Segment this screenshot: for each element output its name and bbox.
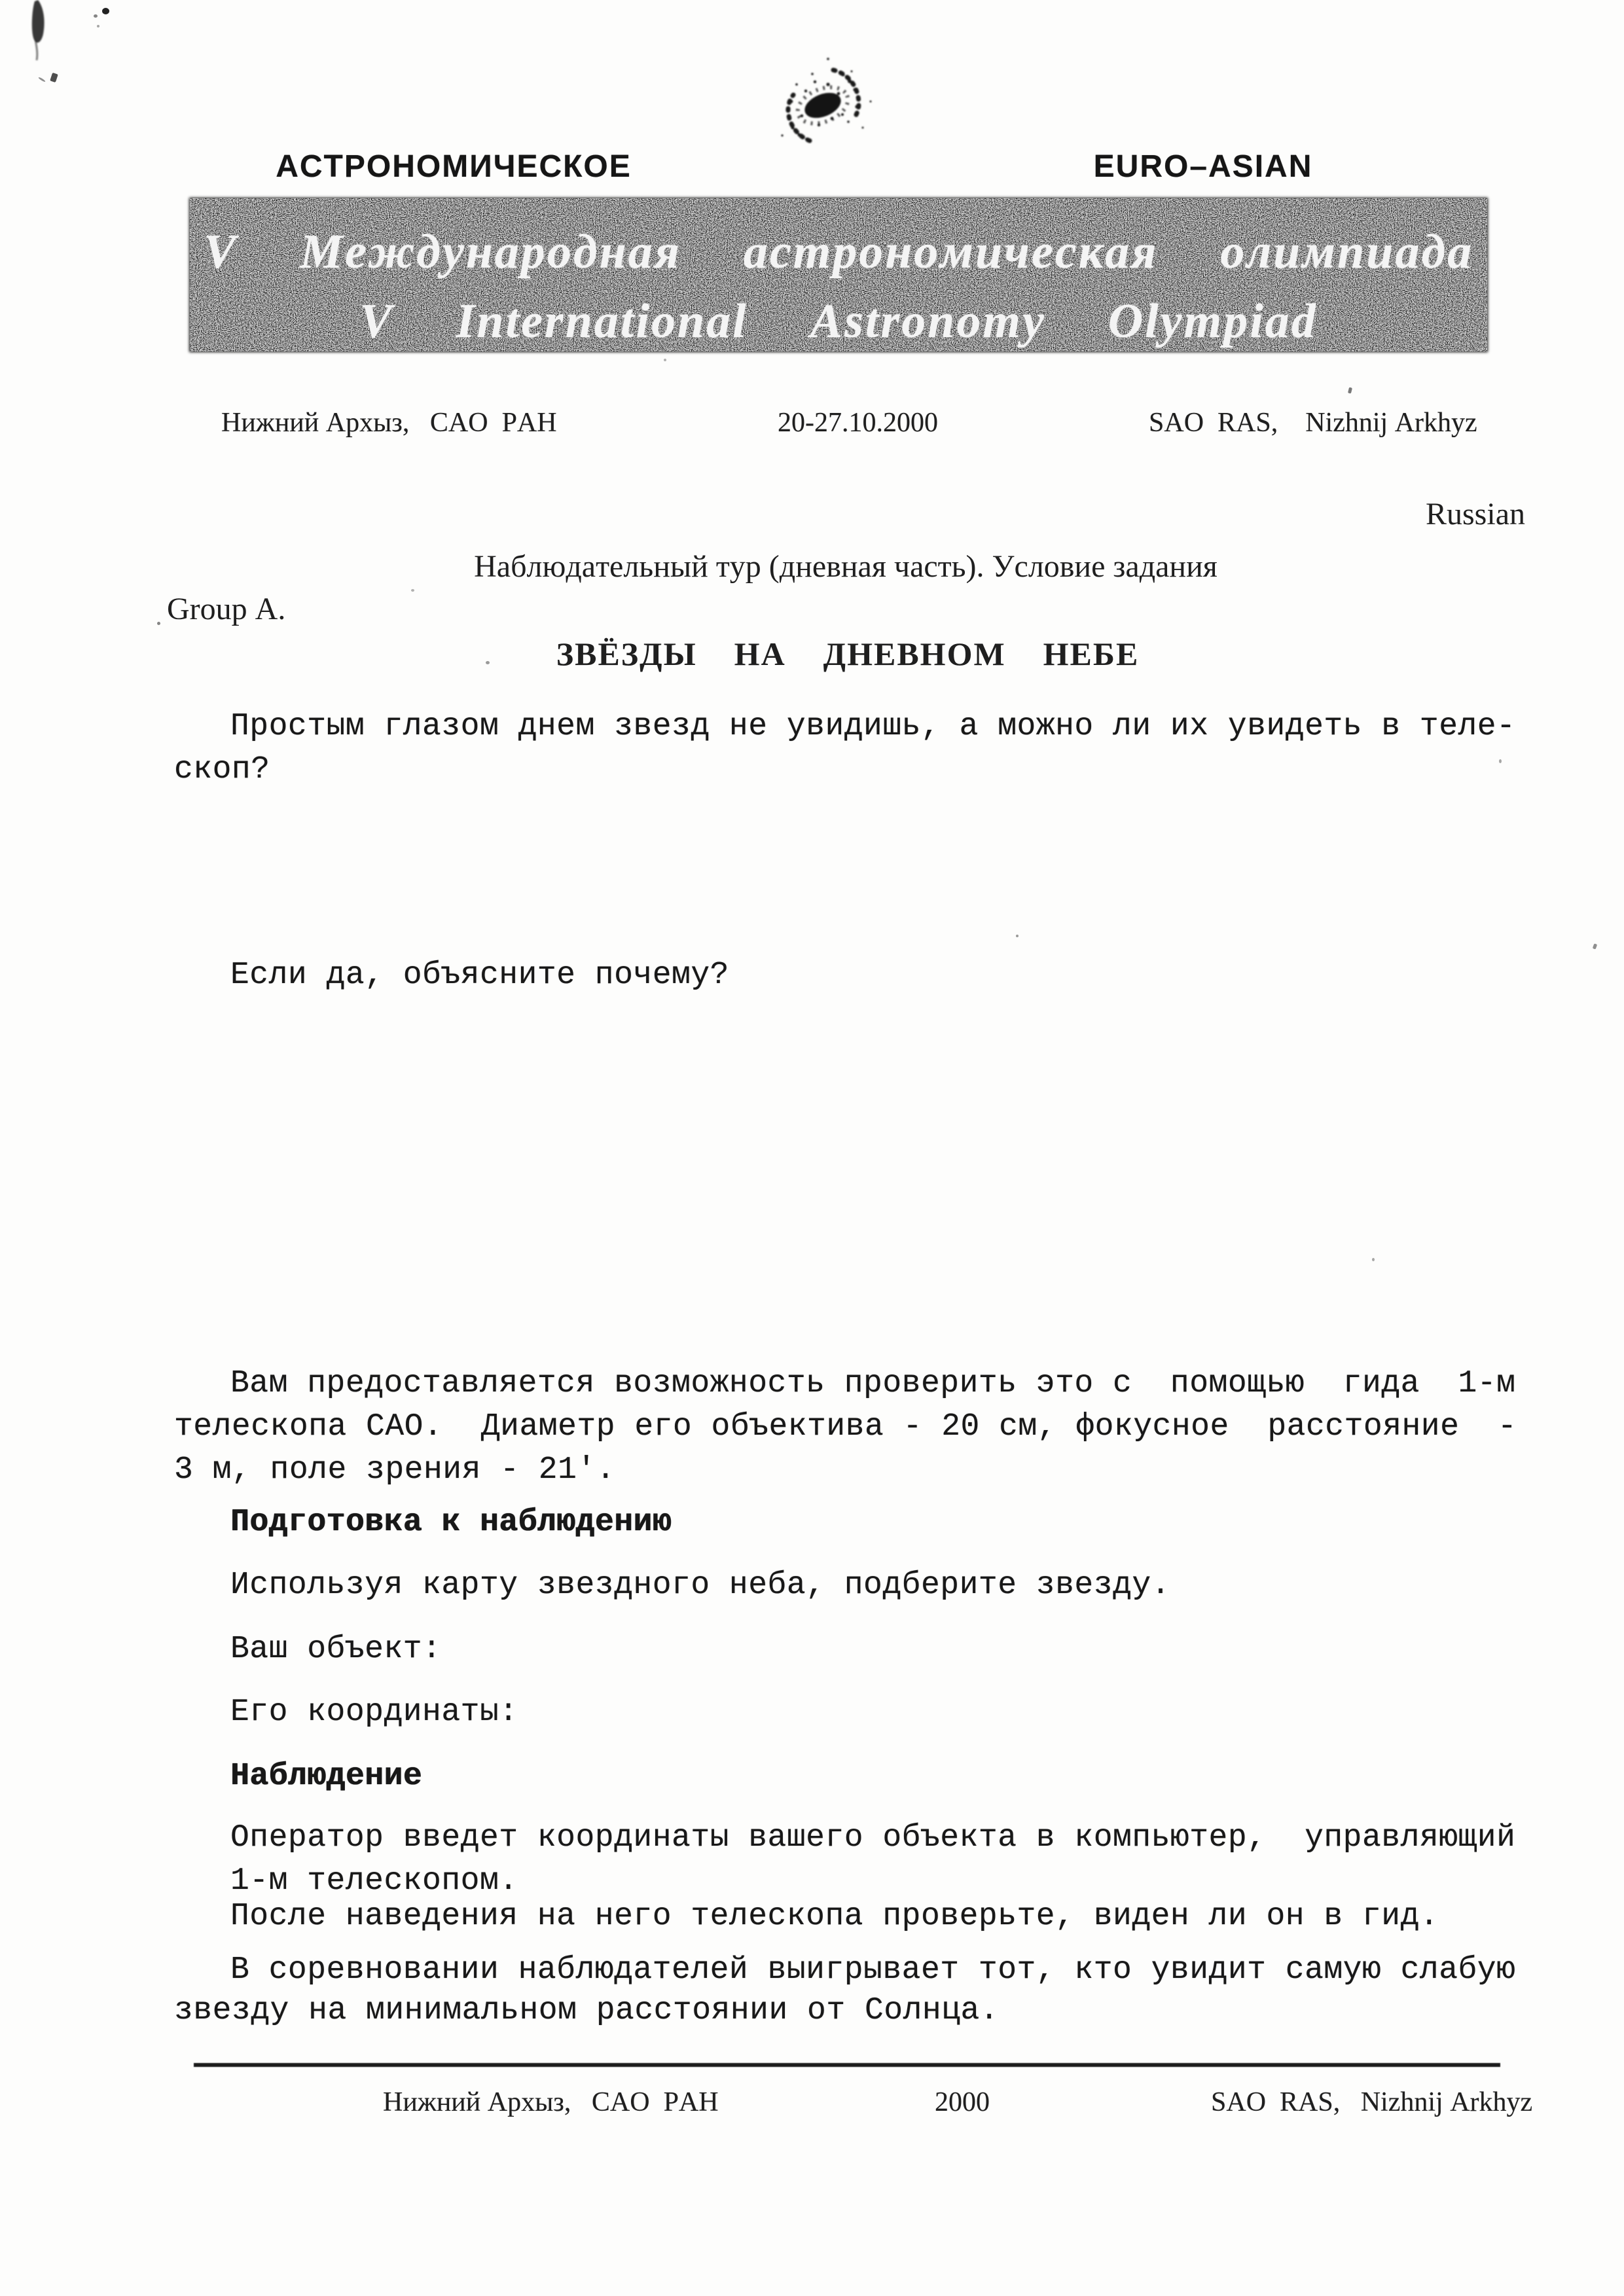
banner-title-russian: V Международная астрономическая олимпиад…	[190, 224, 1487, 280]
paragraph-question1-line2: скоп?	[174, 751, 270, 788]
speck-artifact	[157, 622, 160, 625]
paragraph-operator-line1: Оператор введет координаты вашего объект…	[230, 1820, 1515, 1856]
speck-artifact	[486, 661, 490, 664]
org-name-english-line1: EURO–ASIAN	[983, 148, 1422, 186]
paragraph-telescope-line3: 3 м, поле зрения - 21′.	[174, 1452, 615, 1488]
speck-artifact	[1593, 943, 1597, 949]
task-title: ЗВЁЗДЫ НА ДНЕВНОМ НЕБЕ	[556, 635, 1140, 673]
scanned-document-page: АСТРОНОМИЧЕСКОЕ ОБЩЕСТВО EURO–ASIAN ASTR…	[0, 0, 1624, 2296]
speck-artifact	[411, 589, 414, 592]
group-label: Group A.	[167, 591, 285, 627]
speck-artifact	[97, 25, 99, 27]
paragraph-competition-line1: В соревновании наблюдателей выигрывает т…	[230, 1952, 1515, 1988]
language-label: Russian	[1426, 496, 1525, 532]
section-heading-observation: Наблюдение	[230, 1758, 422, 1795]
round-title: Наблюдательный тур (дневная часть). Усло…	[474, 548, 1218, 584]
paragraph-telescope-line1: Вам предоставляется возможность проверит…	[230, 1365, 1515, 1402]
paragraph-guiding: После наведения на него телескопа провер…	[230, 1898, 1439, 1935]
speck-artifact	[1348, 387, 1352, 394]
speck-artifact	[664, 359, 666, 361]
field-coordinates: Его координаты:	[230, 1694, 518, 1731]
speck-artifact	[1499, 759, 1502, 763]
olympiad-title-banner: V Международная астрономическая олимпиад…	[190, 198, 1487, 351]
event-location-en: SAO RAS, Nizhnij Arkhyz	[1149, 407, 1477, 439]
paragraph-operator-line2: 1-м телескопом.	[230, 1863, 518, 1899]
speck-artifact	[94, 14, 98, 18]
paragraph-question2: Если да, объясните почему?	[230, 957, 729, 994]
footer-location-ru: Нижний Архыз, САО РАН	[383, 2087, 719, 2118]
speck-artifact	[1016, 935, 1019, 937]
speck-artifact	[50, 73, 58, 82]
speck-artifact	[38, 77, 46, 82]
paragraph-question1-line1: Простым глазом днем звезд не увидишь, а …	[230, 708, 1515, 745]
event-location-ru: Нижний Архыз, САО РАН	[221, 407, 557, 439]
speck-artifact	[1372, 1258, 1375, 1261]
ink-blot-artifact	[25, 0, 51, 65]
section-heading-preparation: Подготовка к наблюдению	[230, 1504, 672, 1541]
footer-divider	[194, 2063, 1500, 2067]
banner-title-english: V International Astronomy Olympiad	[190, 294, 1487, 350]
paragraph-competition-line2: звезду на минимальном расстоянии от Солн…	[174, 1992, 999, 2029]
footer-location-en: SAO RAS, Nizhnij Arkhyz	[1211, 2087, 1532, 2118]
paragraph-starmap: Используя карту звездного неба, подберит…	[230, 1567, 1170, 1604]
footer-year: 2000	[935, 2087, 990, 2118]
spiral-galaxy-logo-icon	[769, 56, 877, 160]
speck-artifact	[102, 8, 109, 14]
paragraph-telescope-line2: телескопа САО. Диаметр его объектива - 2…	[174, 1408, 1517, 1445]
org-name-russian-line1: АСТРОНОМИЧЕСКОЕ	[276, 148, 632, 186]
event-dates: 20-27.10.2000	[778, 407, 938, 439]
field-your-object: Ваш объект:	[230, 1631, 441, 1668]
